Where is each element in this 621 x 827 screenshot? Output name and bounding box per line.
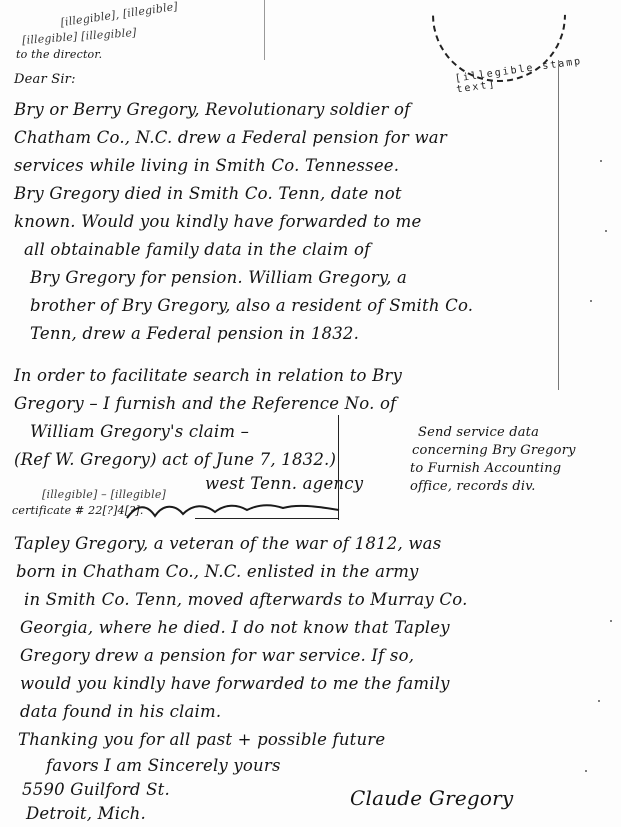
paragraph-3-line-6: would you kindly have forwarded to me th… [20, 674, 450, 693]
paragraph-3-line-5: Gregory drew a pension for war service. … [20, 646, 414, 665]
paragraph-1-line-8: brother of Bry Gregory, also a resident … [30, 296, 473, 315]
scan-speck [605, 230, 607, 232]
scanned-letter-page: [illegible stamp text] [illegible], [ill… [0, 0, 621, 827]
paragraph-1-line-6: all obtainable family data in the claim … [24, 240, 370, 259]
scan-speck [610, 620, 612, 622]
paragraph-3-line-2: born in Chatham Co., N.C. enlisted in th… [16, 562, 419, 581]
header-note-1: [illegible], [illegible] [60, 0, 179, 29]
scan-speck [585, 770, 587, 772]
scan-mark [264, 0, 265, 60]
paragraph-1-line-4: Bry Gregory died in Smith Co. Tenn, date… [14, 184, 402, 203]
paragraph-1-line-2: Chatham Co., N.C. drew a Federal pension… [14, 128, 447, 147]
paragraph-1-line-9: Tenn, drew a Federal pension in 1832. [30, 324, 359, 343]
paragraph-3-line-4: Georgia, where he died. I do not know th… [20, 618, 450, 637]
header-note-3: to the director. [16, 48, 102, 61]
paragraph-2-line-1: In order to facilitate search in relatio… [14, 366, 402, 385]
scan-speck [590, 300, 592, 302]
paragraph-2-line-4: (Ref W. Gregory) act of June 7, 1832.) [14, 450, 336, 469]
paragraph-3-line-7: data found in his claim. [20, 702, 221, 721]
scan-speck [600, 160, 602, 162]
paragraph-2-line-5: west Tenn. agency [205, 474, 363, 493]
side-note-line-1: Send service data [418, 425, 539, 440]
paragraph-3-line-3: in Smith Co. Tenn, moved afterwards to M… [24, 590, 468, 609]
paragraph-1-line-1: Bry or Berry Gregory, Revolutionary sold… [14, 100, 410, 119]
salutation: Dear Sir: [14, 72, 76, 87]
paragraph-1-line-5: known. Would you kindly have forwarded t… [14, 212, 421, 231]
paragraph-2-line-2: Gregory – I furnish and the Reference No… [14, 394, 396, 413]
squiggle-separator-icon [125, 500, 345, 524]
side-note-line-2: concerning Bry Gregory [412, 443, 576, 458]
header-note-2: [illegible] [illegible] [22, 26, 137, 47]
scan-speck [598, 700, 600, 702]
paragraph-2-line-3: William Gregory's claim – [30, 422, 249, 441]
reference-note-2: certificate # 22[?]4[?]. [12, 504, 144, 517]
fold-line [558, 60, 559, 390]
address-line-2: Detroit, Mich. [26, 804, 146, 823]
closing-line-2: favors I am Sincerely yours [46, 756, 281, 775]
address-line-1: 5590 Guilford St. [22, 780, 170, 799]
received-stamp-icon [404, 0, 594, 110]
signature: Claude Gregory [350, 786, 513, 810]
paragraph-1-line-3: services while living in Smith Co. Tenne… [14, 156, 399, 175]
paragraph-3-line-1: Tapley Gregory, a veteran of the war of … [14, 534, 441, 553]
paragraph-1-line-7: Bry Gregory for pension. William Gregory… [30, 268, 407, 287]
closing-line-1: Thanking you for all past + possible fut… [18, 730, 385, 749]
side-note-line-3: to Furnish Accounting [410, 461, 561, 476]
side-note-line-4: office, records div. [410, 479, 536, 494]
